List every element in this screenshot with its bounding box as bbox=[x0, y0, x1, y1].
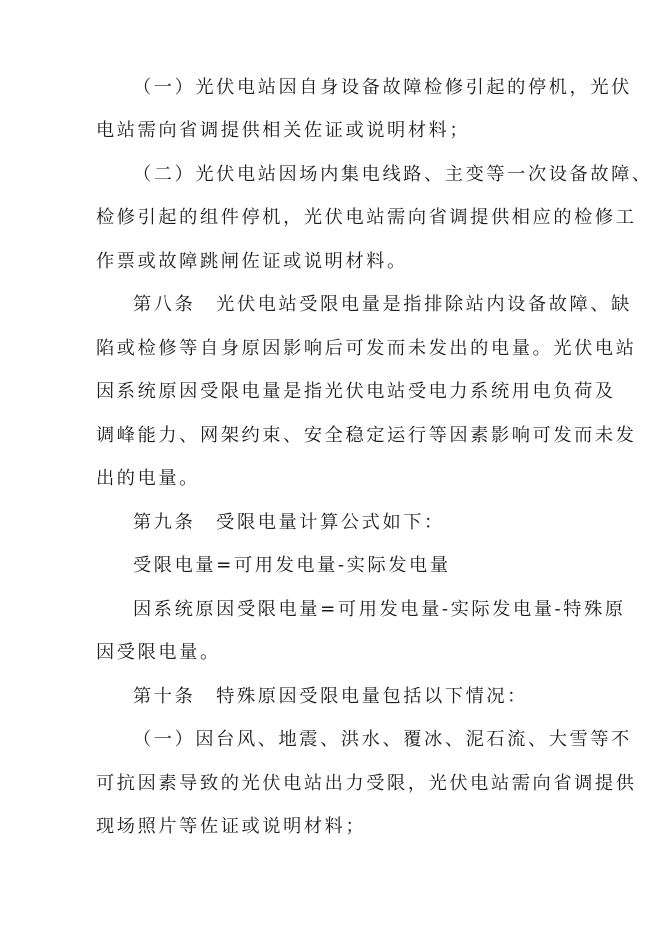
document-page: （一）光伏电站因自身设备故障检修引起的停机，光伏 电站需向省调提供相关佐证或说明… bbox=[0, 0, 660, 933]
paragraph-line: 调峰能力、网架约束、安全稳定运行等因素影响可发而未发 bbox=[96, 424, 636, 448]
paragraph-line: 检修引起的组件停机，光伏电站需向省调提供相应的检修工 bbox=[96, 206, 636, 230]
paragraph-line: （二）光伏电站因场内集电线路、主变等一次设备故障、 bbox=[133, 163, 653, 187]
article-9-line: 第九条 受限电量计算公式如下： bbox=[133, 511, 445, 535]
paragraph-line: （一）因台风、地震、洪水、覆冰、泥石流、大雪等不 bbox=[133, 728, 632, 752]
paragraph-line: 作票或故障跳闸佐证或说明材料。 bbox=[96, 250, 408, 274]
article-8-line: 第八条 光伏电站受限电量是指排除站内设备故障、缺 bbox=[133, 293, 632, 317]
paragraph-line: 因系统原因受限电量是指光伏电站受电力系统用电负荷及 bbox=[96, 380, 616, 404]
formula-line: 因系统原因受限电量=可用发电量-实际发电量-特殊原 bbox=[133, 598, 626, 622]
paragraph-line: 因受限电量。 bbox=[96, 641, 221, 665]
paragraph-line: 出的电量。 bbox=[96, 467, 200, 491]
formula-line: 受限电量=可用发电量-实际发电量 bbox=[133, 554, 451, 578]
paragraph-line: 可抗因素导致的光伏电站出力受限，光伏电站需向省调提供 bbox=[96, 772, 636, 796]
paragraph-line: 现场照片等佐证或说明材料； bbox=[96, 815, 366, 839]
paragraph-line: （一）光伏电站因自身设备故障检修引起的停机，光伏 bbox=[133, 76, 632, 100]
paragraph-line: 电站需向省调提供相关佐证或说明材料； bbox=[96, 119, 470, 143]
paragraph-line: 陷或检修等自身原因影响后可发而未发出的电量。光伏电站 bbox=[96, 337, 636, 361]
article-10-line: 第十条 特殊原因受限电量包括以下情况： bbox=[133, 685, 528, 709]
